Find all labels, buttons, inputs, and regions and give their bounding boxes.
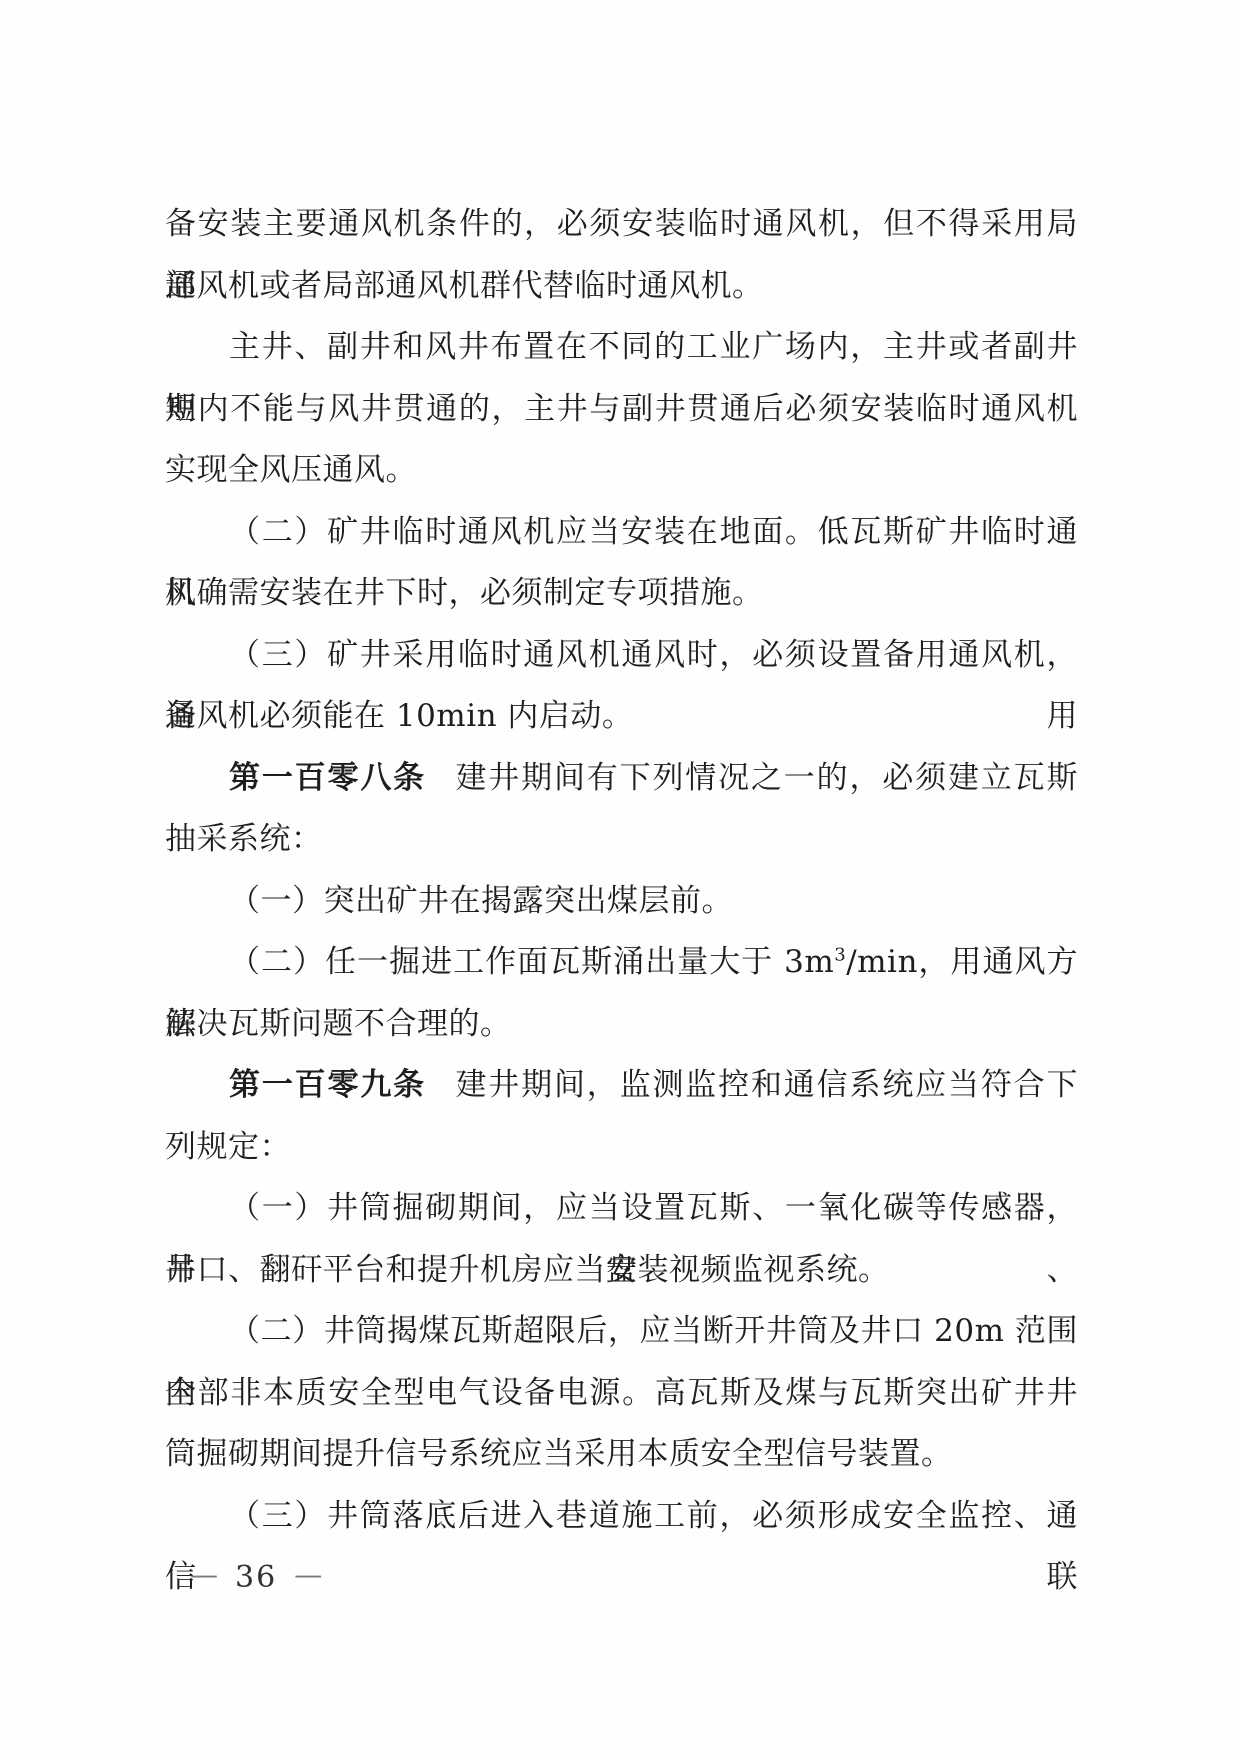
- text-line: （二）井筒揭煤瓦斯超限后，应当断开井筒及井口 20m 范围内: [165, 1301, 1078, 1363]
- text-segment: 通风机必须能在 10min 内启动。: [165, 698, 633, 734]
- text-line: （一）井筒掘砌期间，应当设置瓦斯、一氧化碳等传感器，吊盘、: [165, 1178, 1078, 1240]
- text-segment: 实现全风压通风。: [165, 452, 417, 488]
- article-number-heading: 第一百零九条: [229, 1067, 426, 1103]
- text-segment: 建井期间有下列情况之一的，必须建立瓦斯: [455, 760, 1078, 796]
- text-line: 第一百零八条建井期间有下列情况之一的，必须建立瓦斯: [165, 748, 1078, 810]
- text-line: 主井、副井和风井布置在不同的工业广场内，主井或者副井短: [165, 317, 1078, 379]
- text-line: （二）矿井临时通风机应当安装在地面。低瓦斯矿井临时通风: [165, 502, 1078, 564]
- text-line: （三）井筒落底后进入巷道施工前，必须形成安全监控、通信联: [165, 1486, 1078, 1548]
- text-line: 全部非本质安全型电气设备电源。高瓦斯及煤与瓦斯突出矿井井: [165, 1363, 1078, 1425]
- text-line: 第一百零九条建井期间，监测监控和通信系统应当符合下: [165, 1055, 1078, 1117]
- text-line: 抽采系统：: [165, 809, 1078, 871]
- text-segment: 筒掘砌期间提升信号系统应当采用本质安全型信号装置。: [165, 1436, 953, 1472]
- text-segment: （一）突出矿井在揭露突出煤层前。: [229, 883, 733, 919]
- page-footer: —36—: [190, 1558, 322, 1598]
- text-segment: 井口、翻矸平台和提升机房应当安装视频监视系统。: [165, 1252, 890, 1288]
- text-segment: 建井期间，监测监控和通信系统应当符合下: [455, 1067, 1078, 1103]
- page-number: 36: [235, 1560, 277, 1595]
- text-segment: 抽采系统：: [165, 821, 323, 857]
- text-line: 列规定：: [165, 1117, 1078, 1179]
- text-line: （一）突出矿井在揭露突出煤层前。: [165, 871, 1078, 933]
- text-line: 备安装主要通风机条件的，必须安装临时通风机，但不得采用局部: [165, 194, 1078, 256]
- text-segment: 期内不能与风井贯通的，主井与副井贯通后必须安装临时通风机: [165, 391, 1078, 427]
- text-line: 解决瓦斯问题不合理的。: [165, 994, 1078, 1056]
- text-line: 实现全风压通风。: [165, 440, 1078, 502]
- text-segment: 列规定：: [165, 1129, 291, 1165]
- text-segment: 机确需安装在井下时，必须制定专项措施。: [165, 575, 764, 611]
- text-line: （三）矿井采用临时通风机通风时，必须设置备用通风机，备用: [165, 625, 1078, 687]
- footer-dash-left: —: [190, 1558, 218, 1591]
- footer-dash-right: —: [294, 1558, 322, 1591]
- text-segment: 通风机或者局部通风机群代替临时通风机。: [165, 268, 764, 304]
- scanned-document-page: { "document": { "lines": [ { "indent": f…: [0, 0, 1240, 1753]
- document-body: 备安装主要通风机条件的，必须安装临时通风机，但不得采用局部通风机或者局部通风机群…: [165, 194, 1078, 1547]
- article-number-heading: 第一百零八条: [229, 760, 426, 796]
- text-line: 机确需安装在井下时，必须制定专项措施。: [165, 563, 1078, 625]
- text-line: 期内不能与风井贯通的，主井与副井贯通后必须安装临时通风机: [165, 379, 1078, 441]
- text-line: 通风机或者局部通风机群代替临时通风机。: [165, 256, 1078, 318]
- superscript: 3: [834, 945, 846, 966]
- text-segment: 解决瓦斯问题不合理的。: [165, 1006, 512, 1042]
- text-line: （二）任一掘进工作面瓦斯涌出量大于 3m3/min，用通风方法: [165, 932, 1078, 994]
- text-segment: （二）任一掘进工作面瓦斯涌出量大于 3m: [229, 944, 834, 980]
- text-line: 筒掘砌期间提升信号系统应当采用本质安全型信号装置。: [165, 1424, 1078, 1486]
- text-segment: 全部非本质安全型电气设备电源。高瓦斯及煤与瓦斯突出矿井井: [165, 1375, 1078, 1411]
